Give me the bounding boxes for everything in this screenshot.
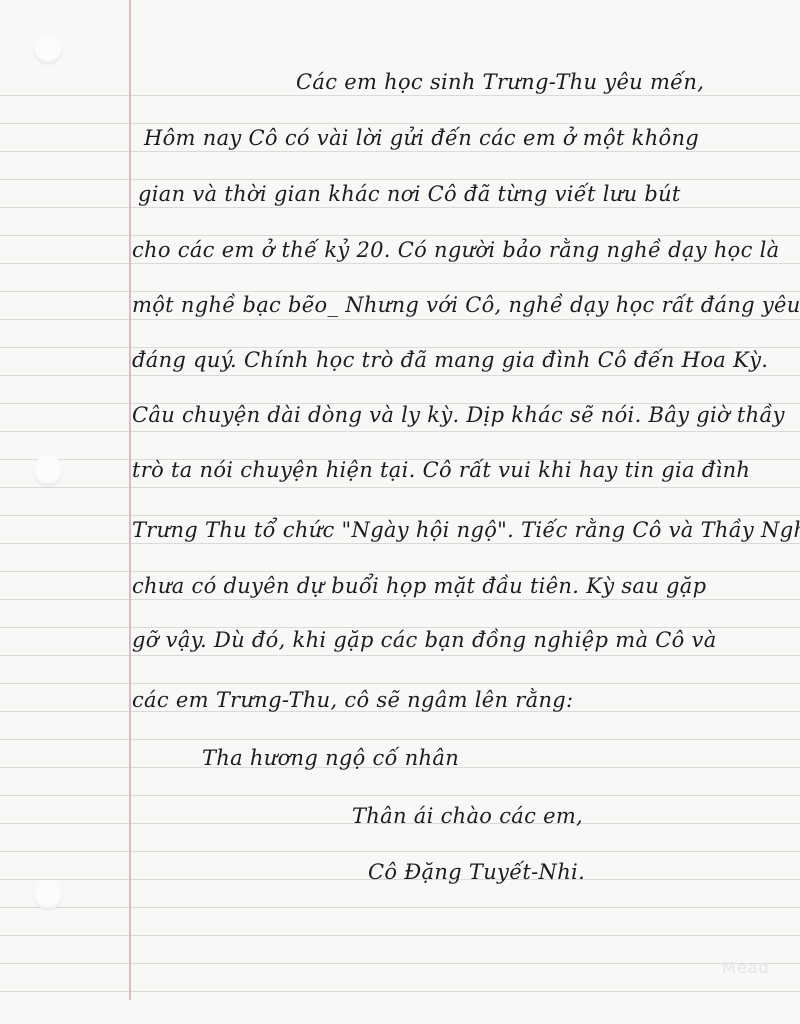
paper-footer-space (0, 992, 800, 1024)
paper-brand-watermark: Mead (722, 958, 770, 977)
body-line: một nghề bạc bẽo_ Nhưng với Cô, nghề dạy… (132, 293, 800, 317)
margin-line (129, 0, 131, 1000)
body-line: chưa có duyên dự buổi họp mặt đầu tiên. … (132, 574, 706, 598)
punch-hole-bottom (33, 880, 63, 910)
punch-hole-top (33, 34, 63, 64)
body-line: cho các em ở thế kỷ 20. Có người bảo rằn… (132, 238, 779, 262)
body-line: đáng quý. Chính học trò đã mang gia đình… (132, 348, 768, 372)
body-line: Câu chuyện dài dòng và ly kỳ. Dịp khác s… (132, 403, 785, 427)
body-line: gỡ vậy. Dù đó, khi gặp các bạn đồng nghi… (132, 628, 717, 652)
quote-line: Tha hương ngộ cố nhân (202, 746, 459, 770)
body-line: trò ta nói chuyện hiện tại. Cô rất vui k… (132, 458, 750, 482)
body-line: gian và thời gian khác nơi Cô đã từng vi… (138, 182, 681, 206)
body-line: Hôm nay Cô có vài lời gửi đến các em ở m… (144, 126, 699, 150)
closing-line: Thân ái chào các em, (352, 804, 583, 828)
greeting: Các em học sinh Trưng-Thu yêu mến, (296, 70, 704, 94)
punch-hole-middle (33, 456, 63, 486)
body-line: Trưng Thu tổ chức "Ngày hội ngộ". Tiếc r… (132, 518, 800, 542)
signature: Cô Đặng Tuyết-Nhi. (368, 860, 585, 884)
body-line: các em Trưng-Thu, cô sẽ ngâm lên rằng: (132, 688, 573, 712)
paper-header-space (0, 0, 800, 80)
